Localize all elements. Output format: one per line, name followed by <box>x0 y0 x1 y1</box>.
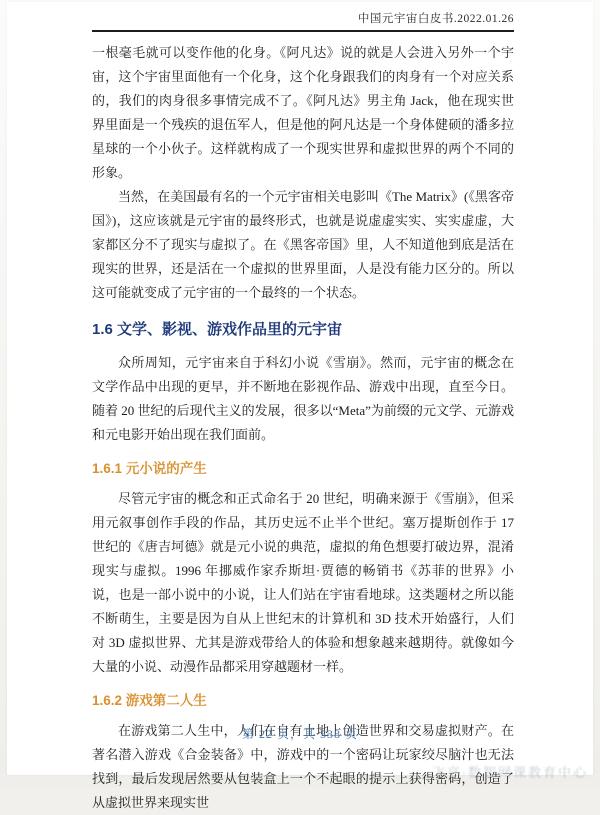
page-number: 第 22 页，其 538 页 <box>7 726 593 742</box>
header-rule <box>92 30 514 32</box>
page-content: 中国元宇宙白皮书.2022.01.26 一根毫毛就可以变作他的化身。《阿凡达》说… <box>7 2 593 788</box>
paragraph-avatar-continuation: 一根毫毛就可以变作他的化身。《阿凡达》说的就是人会进入另外一个宇宙，这个宇宙里面… <box>92 41 514 185</box>
paragraph-matrix: 当然，在美国最有名的一个元宇宙相关电影叫《The Matrix》(《黑客帝国》)… <box>92 185 514 305</box>
document-page: 中国元宇宙白皮书.2022.01.26 一根毫毛就可以变作他的化身。《阿凡达》说… <box>7 2 593 775</box>
paragraph-metafiction: 尽管元宇宙的概念和正式命名于 20 世纪，明确来源于《雪崩》，但采用元叙事创作手… <box>92 487 514 679</box>
section-heading-1-6: 1.6 文学、影视、游戏作品里的元宇宙 <box>92 320 514 339</box>
subsection-heading-1-6-1: 1.6.1 元小说的产生 <box>92 460 514 477</box>
watermark: 飞亨·数智网课教育中心 <box>432 762 588 781</box>
paragraph-snowcrash-origin: 众所周知，元宇宙来自于科幻小说《雪崩》。然而，元宇宙的概念在文学作品中出现的更早… <box>92 351 514 447</box>
page-background: 中国元宇宙白皮书.2022.01.26 一根毫毛就可以变作他的化身。《阿凡达》说… <box>0 0 600 788</box>
running-header: 中国元宇宙白皮书.2022.01.26 <box>92 12 514 26</box>
subsection-heading-1-6-2: 1.6.2 游戏第二人生 <box>92 692 514 709</box>
